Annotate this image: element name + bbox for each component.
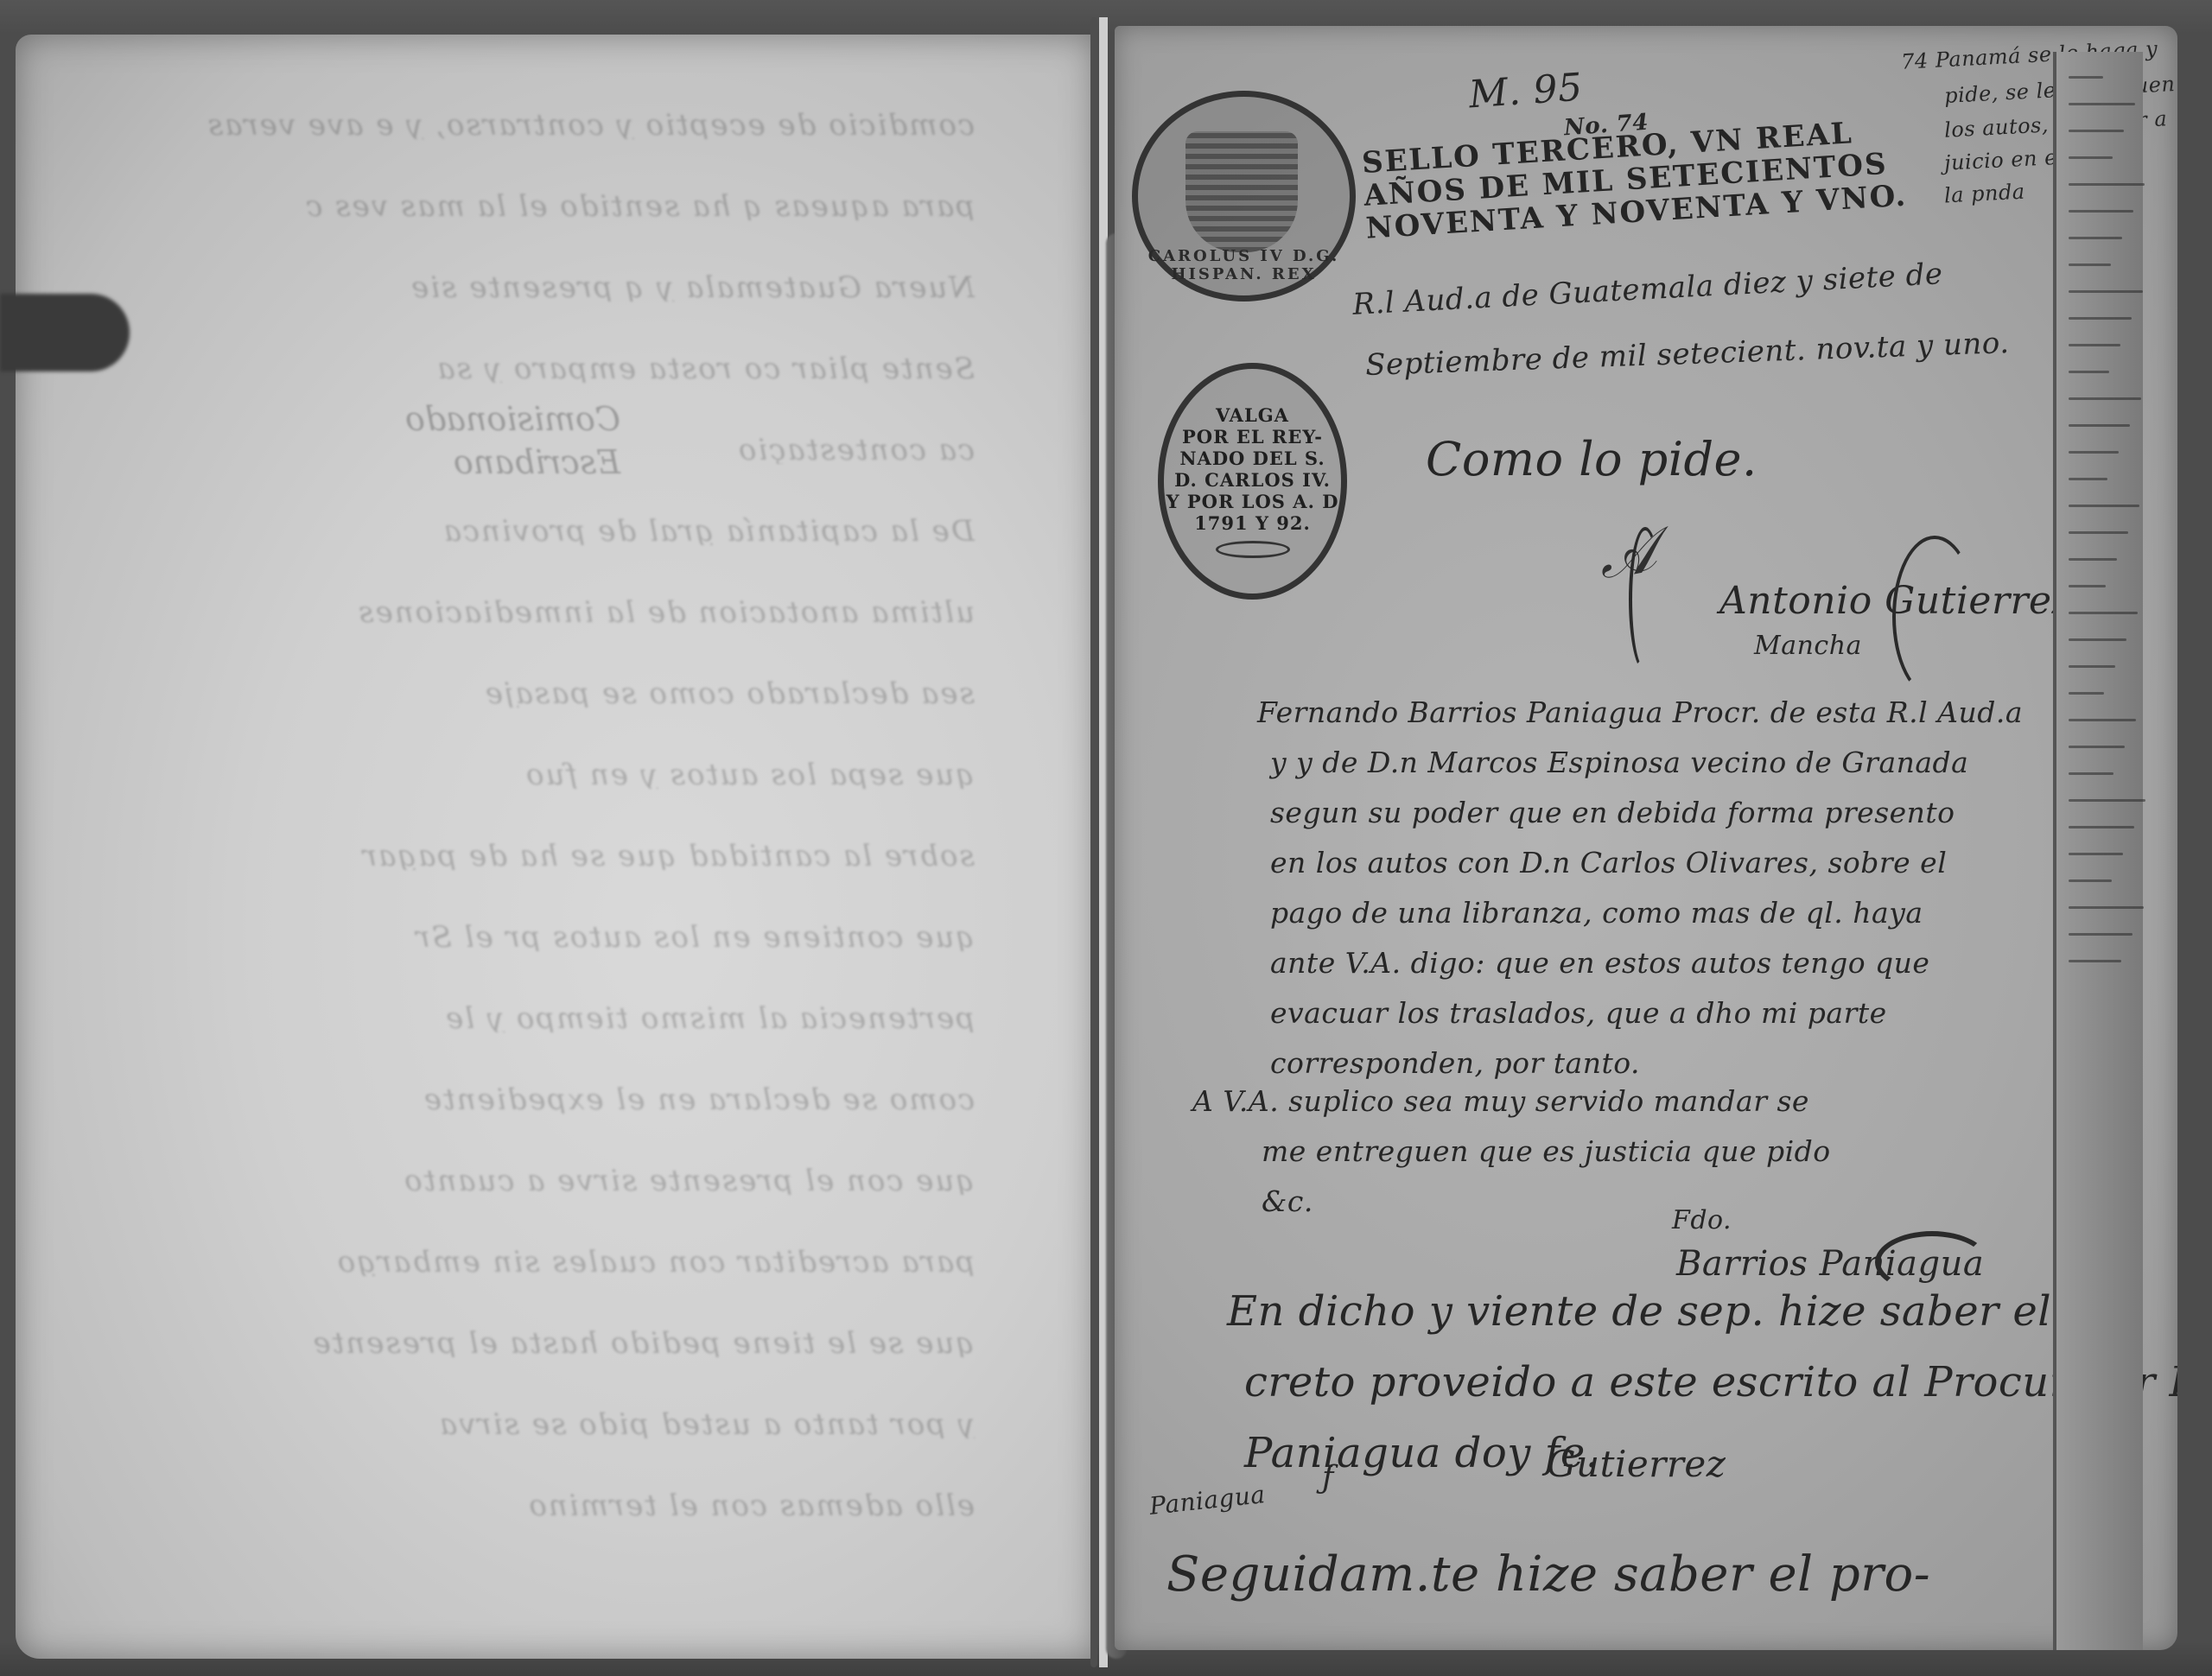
margin-strip-ink-line	[2069, 505, 2139, 507]
margin-strip-ink-line	[2069, 585, 2106, 587]
margin-strip-ink-line	[2069, 960, 2121, 962]
ghost-signature-line: Escribano	[361, 441, 620, 484]
ghost-line: que con el presente sirve a cuanto	[59, 1164, 975, 1195]
margin-strip-ink-line	[2069, 558, 2117, 561]
margin-strip-ink-line	[2069, 183, 2145, 186]
seal-line: 1791 Y 92.	[1194, 512, 1311, 534]
notification-line: creto proveido a este escrito al Procura…	[1244, 1358, 2177, 1406]
margin-note-line: la pnda	[1943, 180, 2025, 208]
ghost-line: sobre la cantidad que se ha de pagar	[59, 839, 975, 870]
petition-line: Fernando Barrios Paniagua Procr. de esta…	[1257, 695, 2023, 729]
margin-strip-ink-line	[2069, 156, 2113, 159]
royal-seal: CAROLUS IV D.G. HISPAN. REX	[1132, 91, 1356, 302]
margin-strip-ink-line	[2069, 665, 2115, 668]
stamped-paper-header: SELLO TERCERO, VN REAL AÑOS DE MIL SETEC…	[1361, 114, 1908, 245]
ghost-line: comdicio de eceptio y contrarso, y e ave…	[59, 108, 975, 139]
seal-line: NADO DEL S.	[1179, 448, 1325, 469]
margin-strip-ink-line	[2069, 130, 2124, 132]
margin-strip-ink-line	[2069, 424, 2130, 427]
supplication-line: me entreguen que es justicia que pido	[1262, 1134, 1831, 1168]
ghost-line: y por tanto a usted pido se sirva	[59, 1407, 975, 1438]
margin-strip-ink-line	[2069, 612, 2138, 614]
thumb-shadow	[0, 294, 130, 371]
ghost-line: que sepa los autos y en fuo	[59, 758, 975, 789]
supplication-line: &c.	[1262, 1184, 1313, 1218]
margin-strip-ink-line	[2069, 879, 2112, 882]
ghost-line: ultima anotacion de la inmediaciones	[59, 595, 975, 626]
folio-note: M. 95	[1467, 65, 1584, 117]
final-line: Seguidam.te hize saber el pro-	[1166, 1546, 1930, 1603]
margin-strip-ink-line	[2069, 772, 2113, 775]
ghost-line: pertenecia al mismo tiempo y le	[59, 1001, 975, 1032]
ghost-line: Sente pliar co rosta emparo y sa	[59, 352, 975, 383]
signature-flourish-icon	[1875, 1231, 1989, 1293]
petition-line: en los autos con D.n Carlos Olivares, so…	[1270, 846, 1947, 879]
rubric-mark: ƒ	[1322, 1460, 1334, 1495]
petition-line: ante V.A. digo: que en estos autos tengo…	[1270, 946, 1929, 980]
notification-line: Paniagua doy fe.	[1244, 1429, 1599, 1477]
supplication-line: A V.A. suplico sea muy servido mandar se	[1192, 1084, 1809, 1118]
ghost-line: Nuera Guatemala y q presente sie	[59, 270, 975, 302]
margin-strip-ink-line	[2069, 478, 2107, 480]
seal-ring-text: CAROLUS IV D.G. HISPAN. REX	[1138, 247, 1350, 283]
signature-2-prefix: Fdo.	[1672, 1205, 1732, 1235]
margin-strip-ink-line	[2069, 906, 2144, 909]
petition-line: segun su poder que en debida forma prese…	[1270, 796, 1955, 829]
decree-text: Como lo pide.	[1426, 432, 1758, 486]
petition-line: corresponden, por tanto.	[1270, 1046, 1640, 1080]
margin-strip-ink-line	[2069, 210, 2133, 213]
margin-strip-ink-line	[2069, 692, 2104, 695]
margin-strip-ink-line	[2069, 746, 2125, 748]
ghost-line: para acreditar con cuales sin embargo	[59, 1245, 975, 1276]
margin-strip-ink-line	[2069, 397, 2141, 400]
ghost-line: sea declarado como se pasaje	[59, 676, 975, 708]
ghost-line: que contiene en los autos pr el Sr	[59, 920, 975, 951]
ghost-line: como se declara en el expediente	[59, 1082, 975, 1114]
seal-line: VALGA	[1216, 404, 1289, 426]
margin-strip-ink-line	[2069, 638, 2126, 641]
margin-strip-ink-line	[2069, 103, 2135, 105]
signature-flourish-icon	[1892, 536, 1977, 698]
rubric-stroke-icon	[1629, 527, 1662, 672]
petition-line: y y de D.n Marcos Espinosa vecino de Gra…	[1270, 746, 1968, 779]
notification-line: En dicho y viente de sep. hize saber el …	[1227, 1287, 2117, 1336]
margin-strip-ink-line	[2069, 263, 2111, 266]
ghost-signature: Comisionado Escribano	[361, 397, 620, 570]
margin-strip-ink-line	[2069, 451, 2119, 454]
ghost-line: para aqueas q ha sentido el la mas ves c	[59, 189, 975, 220]
header-hand-line: R.l Aud.a de Guatemala diez y siete de	[1351, 257, 1943, 322]
margin-strip-ink-line	[2069, 317, 2132, 320]
margin-strip-ink-line	[2069, 826, 2134, 828]
seal-line: POR EL REY-	[1182, 426, 1323, 448]
signature-1-surname: Mancha	[1754, 631, 1862, 661]
signature-3-right: Gutierrez	[1547, 1443, 1726, 1485]
seal-line: Y POR LOS A. D	[1166, 491, 1339, 512]
header-hand-line: Septiembre de mil setecient. nov.ta y un…	[1365, 326, 2011, 383]
coat-of-arms-icon	[1185, 131, 1298, 252]
margin-strip-ink-line	[2069, 76, 2103, 79]
signature-3-left: Paniagua	[1148, 1480, 1267, 1520]
ghost-line: ello ademas con el termino	[59, 1489, 975, 1520]
margin-strip-ink-line	[2069, 237, 2122, 239]
ghost-line: que se le tiene pedido hasta el presente	[59, 1326, 975, 1357]
ghost-signature-line: Comisionado	[361, 397, 620, 441]
margin-strip-ink-line	[2069, 853, 2123, 855]
seal-line: D. CARLOS IV.	[1174, 469, 1331, 491]
seal-flourish-icon	[1216, 541, 1290, 558]
margin-strip-ink-line	[2069, 531, 2128, 534]
revalidation-seal: VALGA POR EL REY- NADO DEL S. D. CARLOS …	[1158, 363, 1347, 600]
margin-strip-ink-line	[2069, 290, 2143, 293]
margin-strip-ink-line	[2069, 799, 2145, 802]
petition-line: pago de una libranza, como mas de ql. ha…	[1270, 896, 1923, 930]
margin-strip-ink-line	[2069, 344, 2120, 346]
margin-strip-ink-line	[2069, 719, 2136, 721]
petition-line: evacuar los traslados, que a dho mi part…	[1270, 996, 1887, 1030]
margin-strip-ink-line	[2069, 371, 2109, 373]
right-page: CAROLUS IV D.G. HISPAN. REX M. 95 No. 74…	[1115, 26, 2177, 1650]
page-edge	[1090, 17, 1097, 1667]
margin-strip-next-folio	[2053, 52, 2143, 1650]
margin-strip-ink-line	[2069, 933, 2133, 936]
left-page: comdicio de eceptio y contrarso, y e ave…	[16, 35, 1096, 1659]
